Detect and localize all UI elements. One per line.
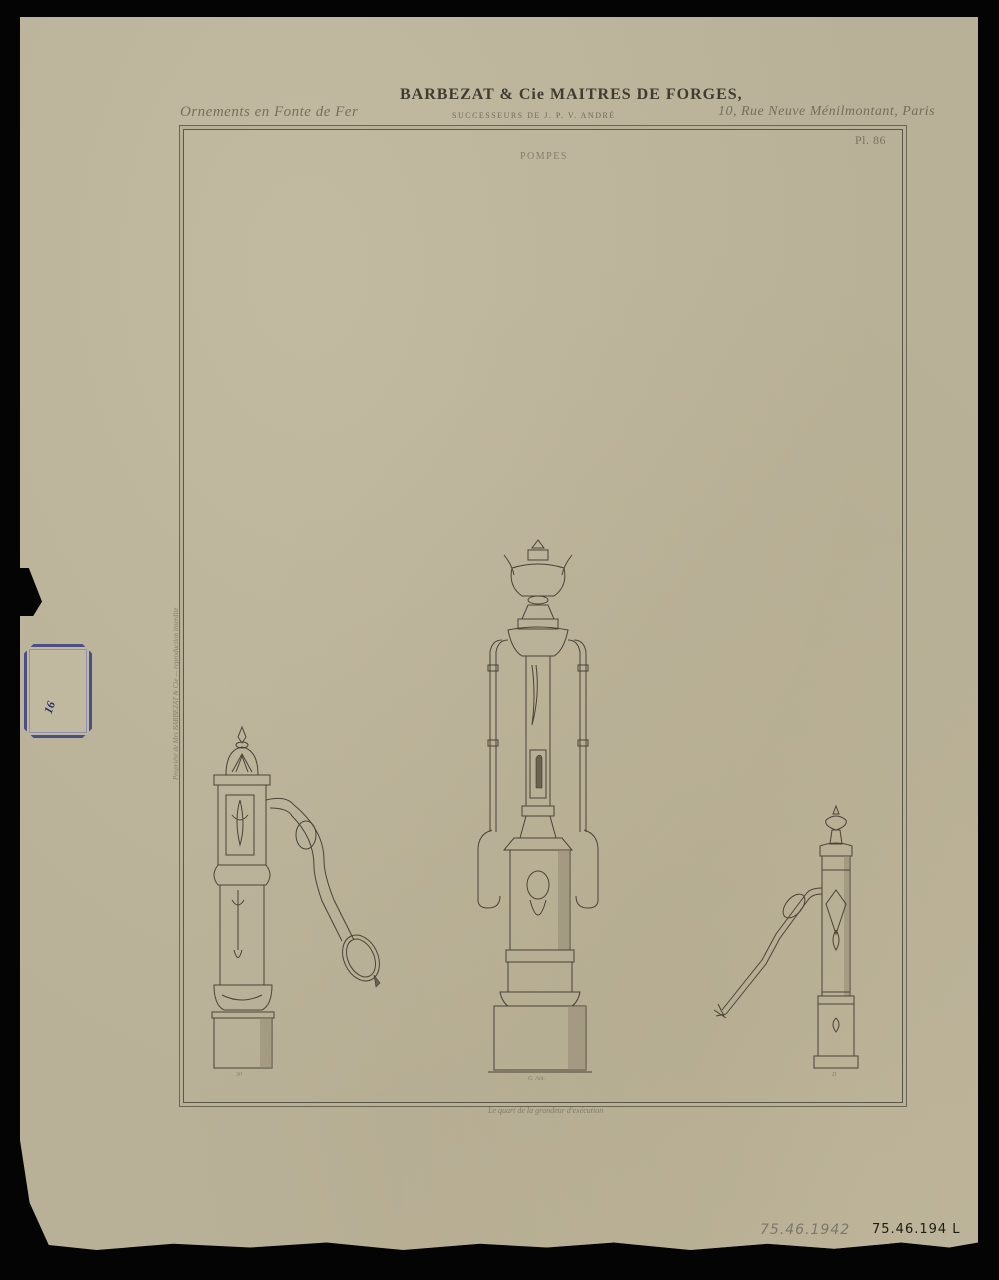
inventory-number-pencil: 75.46.1942 bbox=[760, 1222, 850, 1238]
pump-illustrations bbox=[0, 0, 999, 1280]
scale-caption: Le quart de la grandeur d'exécution bbox=[488, 1106, 603, 1115]
pump-right-illustration bbox=[714, 806, 858, 1068]
pump-left-caption: 30 bbox=[236, 1072, 242, 1078]
pump-center-illustration bbox=[478, 540, 598, 1072]
inventory-number-ink: 75.46.194 L bbox=[872, 1222, 961, 1237]
pump-left-illustration bbox=[212, 727, 387, 1068]
pump-center-caption: G. Ant. bbox=[528, 1076, 545, 1082]
pump-right-caption: D bbox=[832, 1072, 836, 1078]
